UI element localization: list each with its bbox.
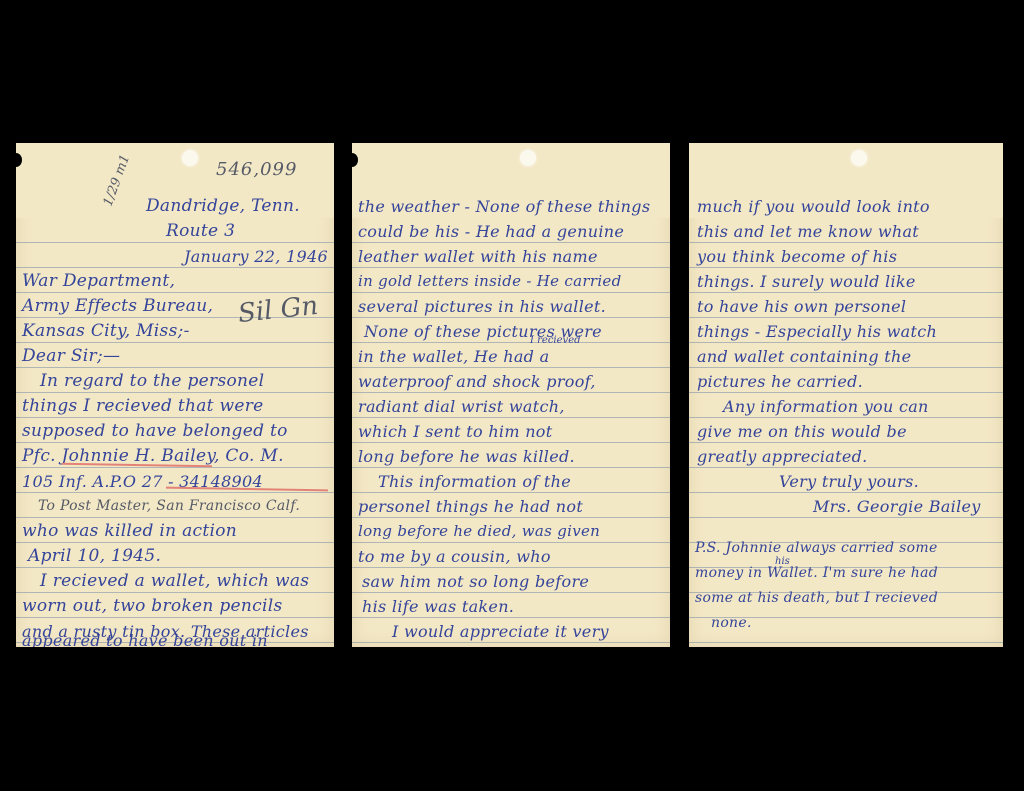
letter-line: radiant dial wrist watch, [352, 394, 670, 419]
letter-line: the weather - None of these things [352, 194, 670, 219]
letter-line: War Department, [16, 269, 334, 294]
letter-line: give me on this would be [689, 419, 1003, 444]
letter-line: This information of the [352, 469, 670, 494]
letter-line: April 10, 1945. [16, 544, 334, 569]
letter-line: much if you would look into [689, 194, 1003, 219]
punch-hole [182, 150, 198, 166]
letter-line: several pictures in his wallet. [352, 294, 670, 319]
letter-line: supposed to have belonged to [16, 419, 334, 444]
letter-line: Any information you can [689, 394, 1003, 419]
signature: Mrs. Georgie Bailey [689, 494, 1003, 519]
letter-line: January 22, 1946 [16, 244, 334, 269]
letter-line: things I recieved that were [16, 394, 334, 419]
letter-line: things. I surely would like [689, 269, 1003, 294]
letter-line: which I sent to him not [352, 419, 670, 444]
postscript-line: some at his death, but I recieved [689, 586, 1003, 611]
letter-line: could be his - He had a genuine [352, 219, 670, 244]
letter-line: his life was taken. [352, 594, 670, 619]
letter-line: long before he was killed. [352, 444, 670, 469]
postscript-line: money in Wallet. I'm sure he had [689, 561, 1003, 586]
punch-notch [346, 153, 358, 167]
file-number-annotation: 546,099 [216, 159, 297, 180]
letter-line: Dear Sir;— [16, 344, 334, 369]
letter-line: I recieved a wallet, which was [16, 569, 334, 594]
letter-line: I would appreciate it very [352, 619, 670, 644]
letter-line: things - Especially his watch [689, 319, 1003, 344]
letter-line: Route 3 [16, 219, 334, 244]
letter-line: and wallet containing the [689, 344, 1003, 369]
letter-line: saw him not so long before [352, 569, 670, 594]
letter-line: appeared to have been out in [16, 633, 334, 647]
letter-line: who was killed in action [16, 519, 334, 544]
letter-line: in the wallet, He had a [352, 344, 670, 369]
letter-page-1: 1/29 m1 546,099 Dandridge, Tenn. Route 3… [16, 143, 334, 647]
letter-line: personel things he had not [352, 494, 670, 519]
punch-hole [851, 150, 867, 166]
letter-line: this and let me know what [689, 219, 1003, 244]
letter-line: waterproof and shock proof, [352, 369, 670, 394]
punch-hole [520, 150, 536, 166]
letter-line: None of these pictures were [352, 319, 670, 344]
letter-line: Dandridge, Tenn. [16, 194, 334, 219]
letter-line: to me by a cousin, who [352, 544, 670, 569]
postscript-line: none. [689, 611, 1003, 636]
postscript-line: P.S. Johnnie always carried some [689, 536, 1003, 561]
punch-notch [10, 153, 22, 167]
letter-line: pictures he carried. [689, 369, 1003, 394]
letter-line: greatly appreciated. [689, 444, 1003, 469]
letter-page-2: the weather - None of these things could… [352, 143, 670, 647]
letter-line: in gold letters inside - He carried [352, 269, 670, 294]
letter-line: In regard to the personel [16, 369, 334, 394]
letter-line: to have his own personel [689, 294, 1003, 319]
pencil-annotation-line: To Post Master, San Francisco Calf. [16, 494, 334, 519]
letter-line: worn out, two broken pencils [16, 594, 334, 619]
letter-line: leather wallet with his name [352, 244, 670, 269]
closing-line: Very truly yours. [689, 469, 1003, 494]
letter-line: you think become of his [689, 244, 1003, 269]
letter-page-3: much if you would look into this and let… [689, 143, 1003, 647]
letter-line: long before he died, was given [352, 519, 670, 544]
